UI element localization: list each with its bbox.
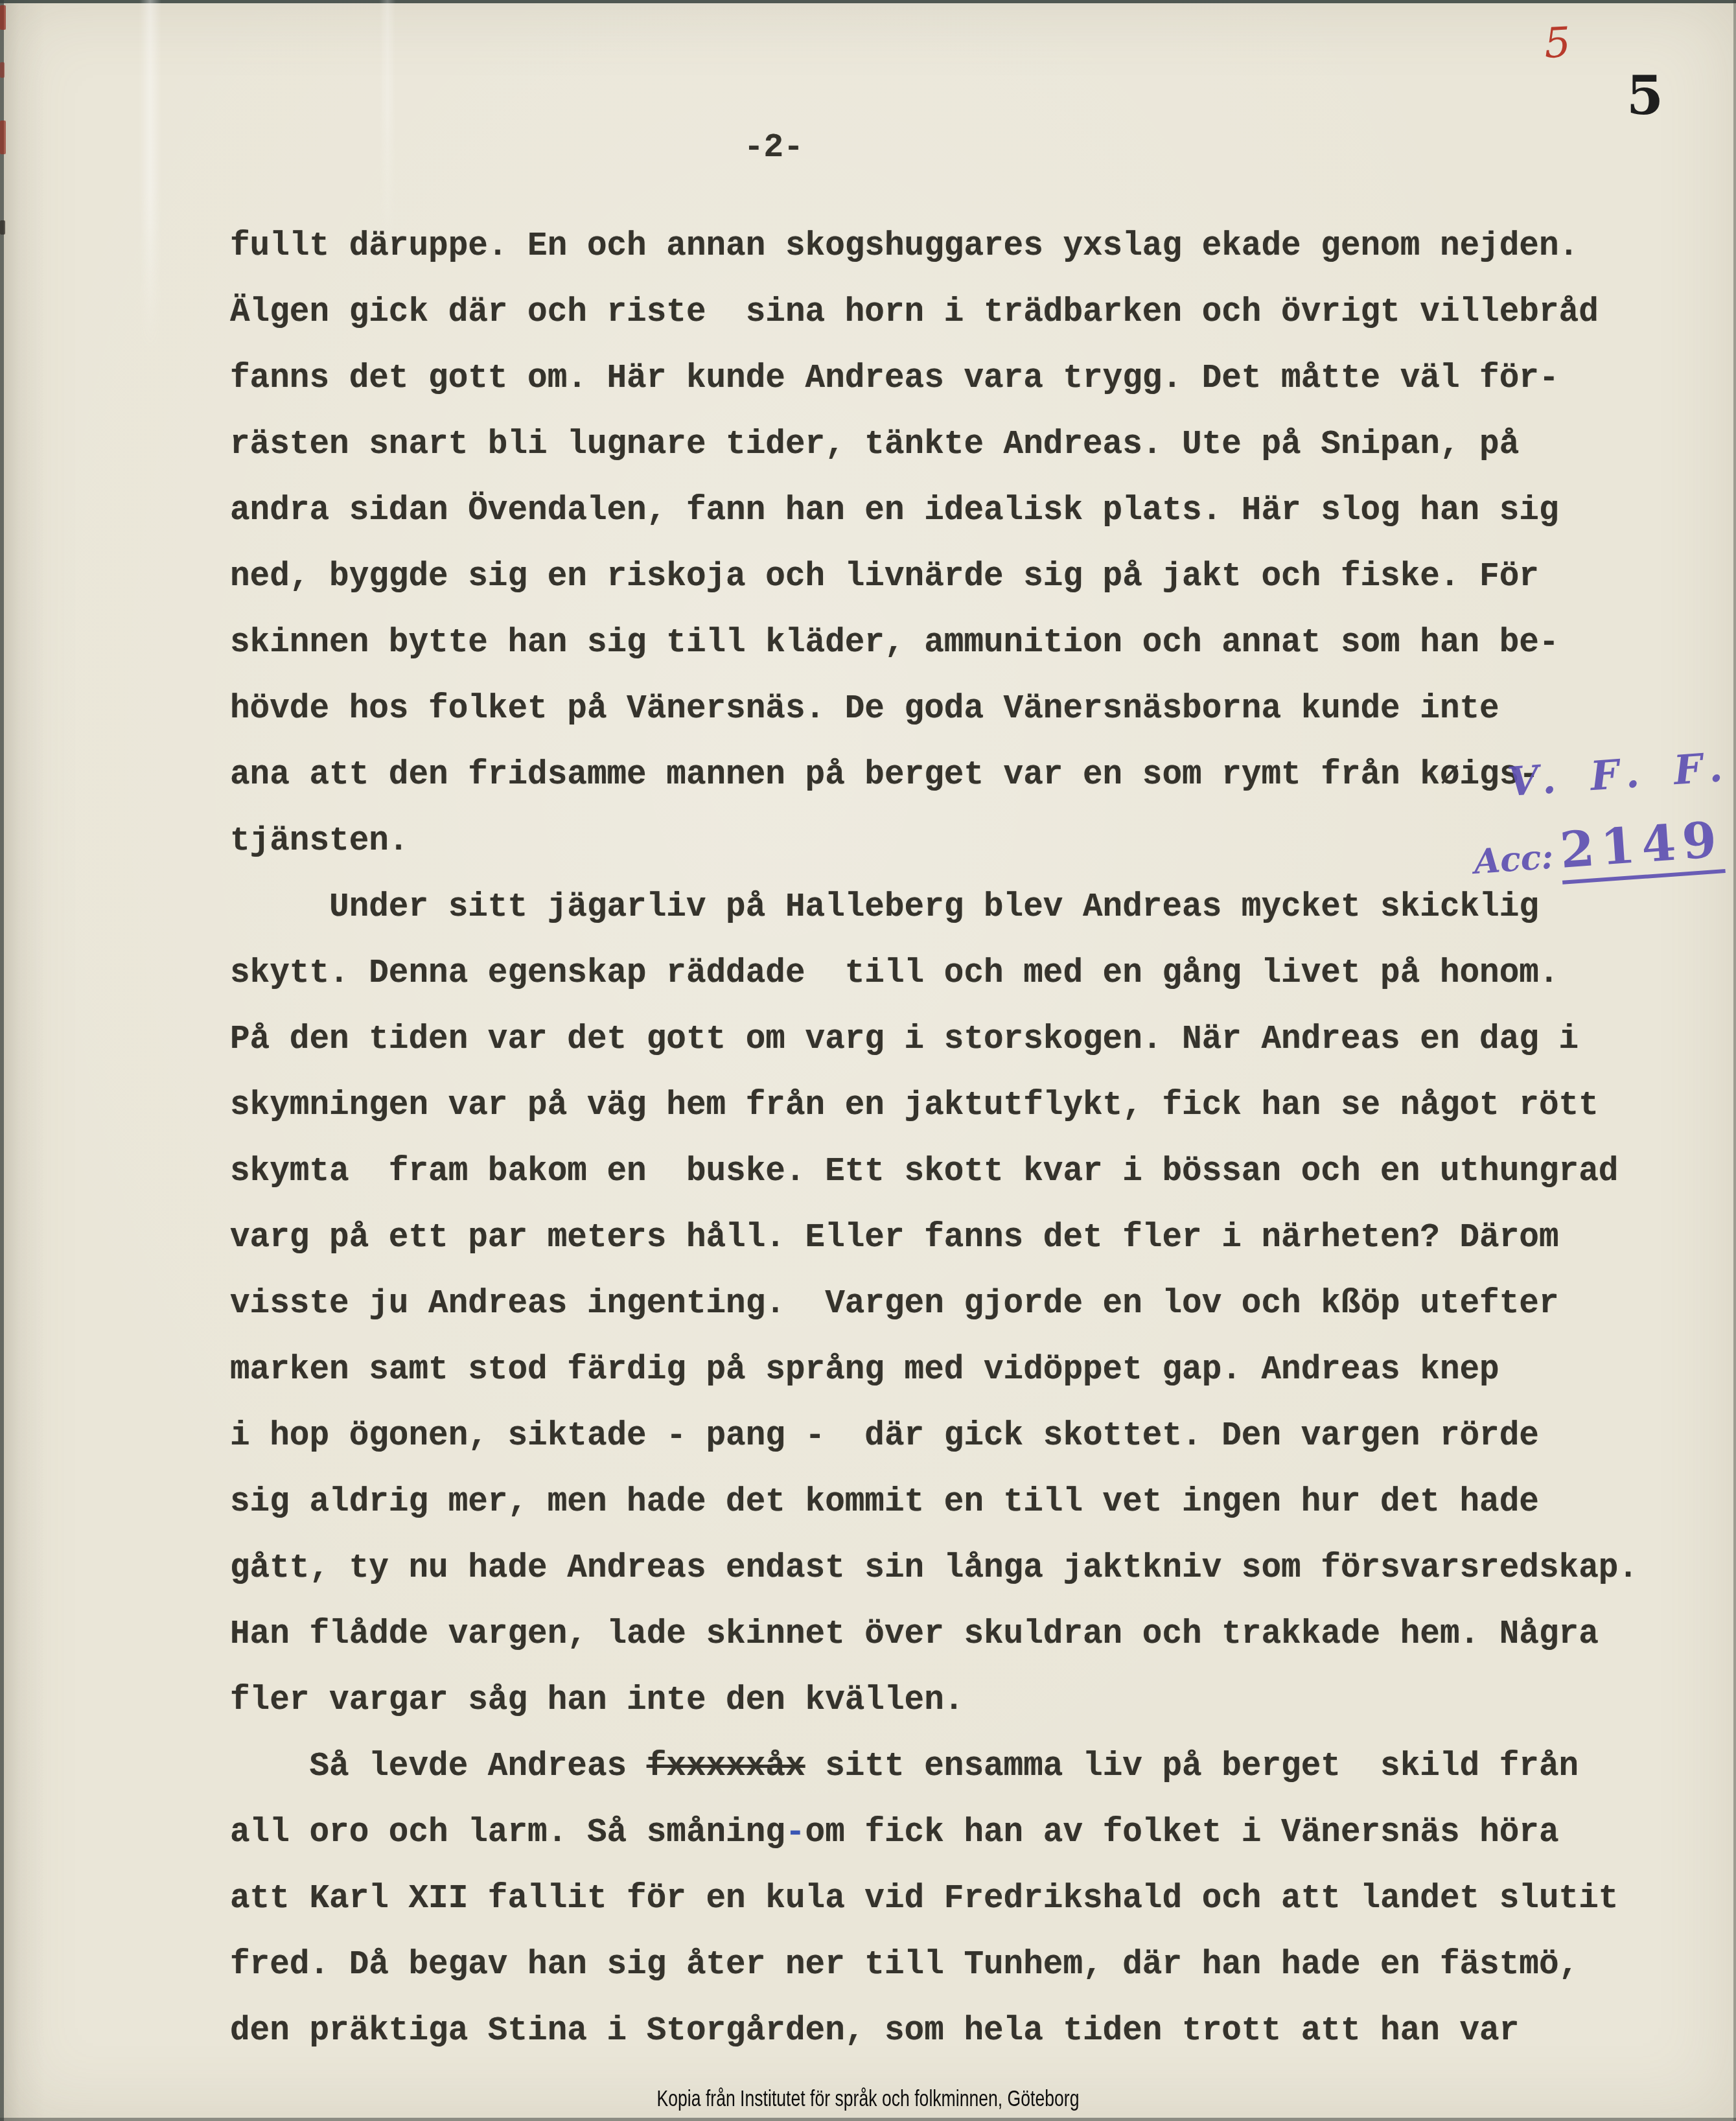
scan-edge-right [1733, 0, 1736, 2121]
text-line: Under sitt jägarliv på Halleberg blev An… [230, 875, 1638, 941]
text-line: visste ju Andreas ingenting. Vargen gjor… [230, 1271, 1638, 1338]
scan-edge-artifact [0, 220, 5, 235]
paper-fold-crease-2 [379, 0, 396, 246]
stamp-acc-label: Acc: [1473, 837, 1555, 882]
scan-edge-top [0, 0, 1736, 3]
text-line: tjänsten. [230, 809, 1638, 875]
text-line: skinnen bytte han sig till kläder, ammun… [230, 610, 1638, 677]
text-line: hövde hos folket på Vänersnäs. De goda V… [230, 677, 1638, 743]
printed-page-number-black: 5 [1626, 65, 1663, 127]
text-line: i hop ögonen, siktade - pang - där gick … [230, 1404, 1638, 1470]
text-line: varg på ett par meters håll. Eller fanns… [230, 1205, 1638, 1271]
scan-edge-left [0, 0, 4, 2121]
text-line: Så levde Andreas fxxxxxåx sitt ensamma l… [230, 1734, 1638, 1800]
stamp-accession-row: Acc: 2149 [1472, 809, 1736, 885]
scanned-page: 5 5 -2- fullt däruppe. En och annan skog… [0, 0, 1736, 2121]
text-line: Älgen gick där och riste sina horn i trä… [230, 280, 1638, 346]
text-line: den präktiga Stina i Storgården, som hel… [230, 1999, 1638, 2065]
text-line: fler vargar såg han inte den kvällen. [230, 1668, 1638, 1734]
text-line: att Karl XII fallit för en kula vid Fred… [230, 1866, 1638, 1932]
typed-page-number: -2- [744, 130, 804, 167]
text-line: all oro och larm. Så småning-om fick han… [230, 1800, 1638, 1866]
text-line: På den tiden var det gott om varg i stor… [230, 1007, 1638, 1073]
text-line: fullt däruppe. En och annan skogshuggare… [230, 214, 1638, 280]
typed-text: fullt däruppe. En och annan skogshuggare… [230, 214, 1638, 2065]
text-line: gått, ty nu hade Andreas endast sin lång… [230, 1536, 1638, 1602]
scan-edge-bottom [0, 2118, 1736, 2121]
scan-edge-artifact [0, 121, 6, 154]
accession-stamp: V. F. F. Acc: 2149 [1467, 743, 1736, 885]
handwritten-page-number-red: 5 [1543, 19, 1572, 68]
scan-edge-artifact [0, 5, 6, 30]
text-line: skytt. Denna egenskap räddade till och m… [230, 941, 1638, 1007]
text-line: fred. Då begav han sig åter ner till Tun… [230, 1932, 1638, 1999]
text-line: skymningen var på väg hem från en jaktut… [230, 1073, 1638, 1139]
stamp-acc-number: 2149 [1558, 810, 1726, 884]
text-line: fanns det gott om. Här kunde Andreas var… [230, 346, 1638, 412]
text-line: andra sidan Övendalen, fann han en ideal… [230, 478, 1638, 544]
text-line: rästen snart bli lugnare tider, tänkte A… [230, 412, 1638, 478]
scan-edge-artifact [0, 62, 5, 78]
text-line: ana att den fridsamme mannen på berget v… [230, 743, 1638, 809]
text-line: marken samt stod färdig på språng med vi… [230, 1338, 1638, 1404]
text-line: sig aldrig mer, men hade det kommit en t… [230, 1470, 1638, 1536]
paper-fold-crease [139, 0, 161, 350]
archive-copy-note: Kopia från Institutet för språk och folk… [208, 2086, 1527, 2112]
text-line: ned, byggde sig en riskoja och livnärde … [230, 544, 1638, 610]
text-line: Han flådde vargen, lade skinnet över sku… [230, 1602, 1638, 1668]
text-line: skymta fram bakom en buske. Ett skott kv… [230, 1139, 1638, 1205]
